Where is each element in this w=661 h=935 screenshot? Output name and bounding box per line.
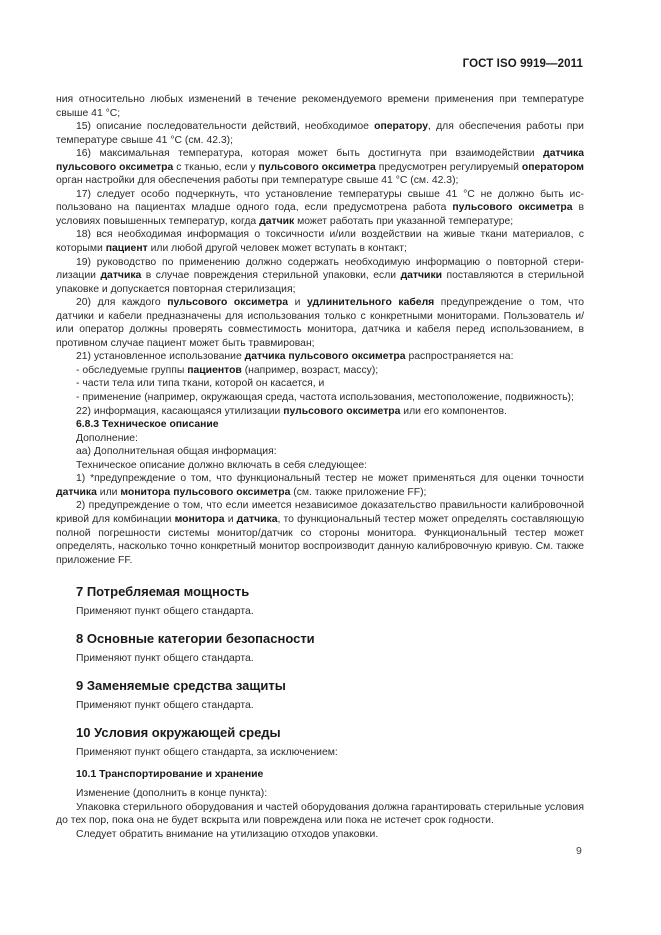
addition-label: Дополнение: xyxy=(56,432,584,446)
change-label: Изменение (дополнить в конце пункта): xyxy=(56,787,584,801)
list-item-20: 20) для каждого пульсового оксиметра и у… xyxy=(56,296,584,350)
page-number: 9 xyxy=(576,845,582,857)
list-item-21: 21) установленное использование датчика … xyxy=(56,350,584,364)
list-item-15: 15) описание последовательности действий… xyxy=(56,120,584,147)
list-item-16: 16) максимальная температура, которая мо… xyxy=(56,147,584,188)
list-item-19: 19) руководство по применению должно сод… xyxy=(56,256,584,297)
list-item-18: 18) вся необходимая информация о токсичн… xyxy=(56,228,584,255)
section-8-body: Применяют пункт общего стандарта. xyxy=(76,652,584,666)
sub-item-application: - применение (например, окружающая среда… xyxy=(56,391,584,405)
paragraph-continuation: ния относительно любых изменений в течен… xyxy=(56,93,584,120)
sub-item-patients: - обследуемые группы пациентов (например… xyxy=(56,364,584,378)
section-9-body: Применяют пункт общего стандарта. xyxy=(76,699,584,713)
disposal-paragraph: Следует обратить внимание на утилизацию … xyxy=(56,828,584,842)
packaging-paragraph: Упаковка стерильного оборудования и част… xyxy=(56,801,584,828)
tech-item-1: 1) *предупреждение о том, что функционал… xyxy=(56,472,584,499)
section-heading-7: 7 Потребляемая мощность xyxy=(76,585,584,599)
section-heading-10: 10 Условия окружающей среды xyxy=(76,726,584,740)
subsection-heading-10-1: 10.1 Транспортирование и хранение xyxy=(76,768,584,782)
subsection-heading-6-8-3: 6.8.3 Техническое описание xyxy=(76,418,584,432)
document-header: ГОСТ ISO 9919—2011 xyxy=(463,58,583,70)
section-10-body: Применяют пункт общего стандарта, за иск… xyxy=(76,746,584,760)
tech-description-intro: Техническое описание должно включать в с… xyxy=(56,459,584,473)
sub-item-body-parts: - части тела или типа ткани, которой он … xyxy=(56,377,584,391)
additional-info-label: аа) Дополнительная общая информация: xyxy=(56,445,584,459)
list-item-17: 17) следует особо подчеркнуть, что устан… xyxy=(56,188,584,229)
page-content: ния относительно любых изменений в течен… xyxy=(56,93,584,841)
section-heading-9: 9 Заменяемые средства защиты xyxy=(76,679,584,693)
section-heading-8: 8 Основные категории безопасности xyxy=(76,632,584,646)
section-7-body: Применяют пункт общего стандарта. xyxy=(76,605,584,619)
list-item-22: 22) информация, касающаяся утилизации пу… xyxy=(56,405,584,419)
tech-item-2: 2) предупреждение о том, что если имеетс… xyxy=(56,499,584,567)
